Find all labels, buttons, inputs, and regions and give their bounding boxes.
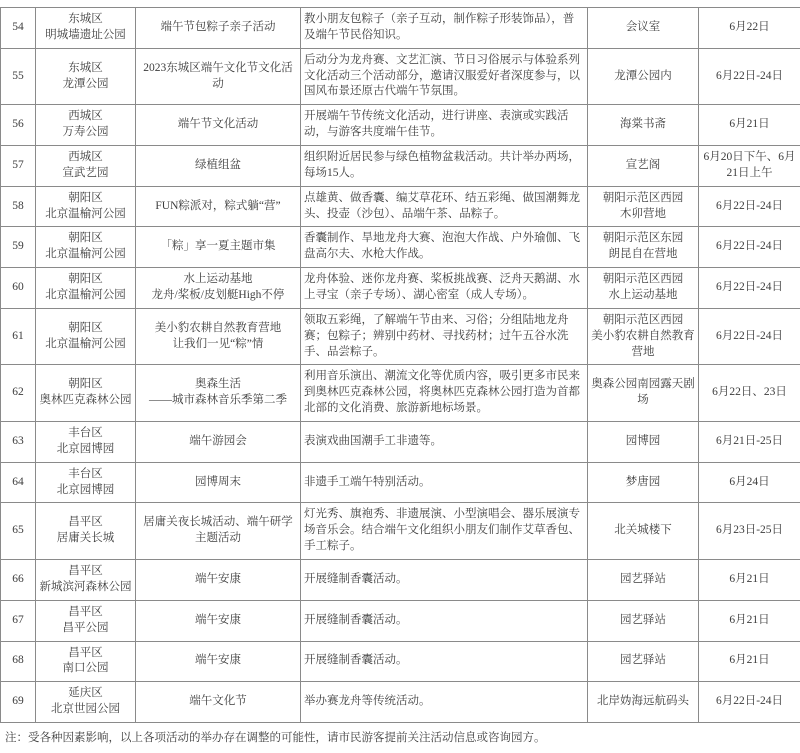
date-cell: 6月21日-25日 bbox=[699, 422, 800, 463]
district-label: 朝阳区 bbox=[39, 231, 132, 247]
table-row: 64丰台区北京园博园园博周末非遗手工端午特别活动。梦唐园6月24日 bbox=[1, 462, 800, 503]
description-cell: 后动分为龙舟赛、文艺汇演、节日习俗展示与体验系列文化活动三个活动部分，邀请汉服爱… bbox=[301, 48, 588, 105]
district-park-cell: 朝阳区北京温榆河公园 bbox=[36, 227, 136, 268]
description-cell: 灯光秀、旗袍秀、非遗展演、小型演唱会、器乐展演专场音乐会。结合端午文化组织小朋友… bbox=[301, 503, 588, 560]
date-cell: 6月22日-24日 bbox=[699, 48, 800, 105]
table-row: 59朝阳区北京温榆河公园「粽」享一夏主题市集香囊制作、旱地龙舟大赛、泡泡大作战、… bbox=[1, 227, 800, 268]
description-cell: 开展缝制香囊活动。 bbox=[301, 600, 588, 641]
park-label: 龙潭公园 bbox=[39, 77, 132, 93]
description-cell: 领取五彩绳，了解端午节由来、习俗；分组陆地龙舟赛；包粽子；辨别中药材、寻找药材；… bbox=[301, 308, 588, 365]
park-label: 北京世园公园 bbox=[39, 702, 132, 718]
activity-name-cell: 美小豹农耕自然教育营地 让我们一见“粽”情 bbox=[136, 308, 301, 365]
row-number-cell: 61 bbox=[1, 308, 36, 365]
description-cell: 非遗手工端午特别活动。 bbox=[301, 462, 588, 503]
district-label: 东城区 bbox=[39, 12, 132, 28]
row-number-cell: 62 bbox=[1, 365, 36, 422]
activity-name-cell: 园博周末 bbox=[136, 462, 301, 503]
park-label: 宣武艺园 bbox=[39, 166, 132, 182]
district-label: 西城区 bbox=[39, 109, 132, 125]
table-row: 66昌平区新城滨河森林公园端午安康开展缝制香囊活动。园艺驿站6月21日 bbox=[1, 560, 800, 601]
district-label: 朝阳区 bbox=[39, 191, 132, 207]
park-label: 北京园博园 bbox=[39, 483, 132, 499]
district-label: 东城区 bbox=[39, 61, 132, 77]
table-row: 58朝阳区北京温榆河公园FUN粽派对，粽式躺“营”点雄黄、做香囊、编艾草花环、结… bbox=[1, 186, 800, 227]
venue-cell: 园博园 bbox=[588, 422, 699, 463]
description-cell: 表演戏曲国潮手工非遗等。 bbox=[301, 422, 588, 463]
table-row: 62朝阳区奥林匹克森林公园奥森生活 ——城市森林音乐季第二季利用音乐演出、潮流文… bbox=[1, 365, 800, 422]
date-cell: 6月23日-25日 bbox=[699, 503, 800, 560]
activity-name-cell: 端午游园会 bbox=[136, 422, 301, 463]
park-label: 明城墙遗址公园 bbox=[39, 28, 132, 44]
date-cell: 6月22日 bbox=[699, 8, 800, 49]
district-label: 昌平区 bbox=[39, 605, 132, 621]
activities-table: 54东城区明城墙遗址公园端午节包粽子亲子活动教小朋友包粽子（亲子互动，制作粽子形… bbox=[0, 7, 800, 723]
row-number-cell: 69 bbox=[1, 682, 36, 723]
footnote: 注：受各种因素影响，以上各项活动的举办存在调整的可能性，请市民游客提前关注活动信… bbox=[0, 723, 800, 753]
description-cell: 利用音乐演出、潮流文化等优质内容，吸引更多市民来到奥林匹克森林公园，将奥林匹克森… bbox=[301, 365, 588, 422]
park-label: 北京温榆河公园 bbox=[39, 337, 132, 353]
district-park-cell: 西城区宣武艺园 bbox=[36, 146, 136, 187]
park-label: 北京温榆河公园 bbox=[39, 288, 132, 304]
row-number-cell: 66 bbox=[1, 560, 36, 601]
table-row: 57西城区宣武艺园绿植组盆组织附近居民参与绿色植物盆栽活动。共计举办两场，每场1… bbox=[1, 146, 800, 187]
district-park-cell: 东城区明城墙遗址公园 bbox=[36, 8, 136, 49]
district-park-cell: 朝阳区北京温榆河公园 bbox=[36, 186, 136, 227]
activity-name-cell: 端午节文化活动 bbox=[136, 105, 301, 146]
venue-cell: 会议室 bbox=[588, 8, 699, 49]
district-label: 昌平区 bbox=[39, 515, 132, 531]
district-park-cell: 丰台区北京园博园 bbox=[36, 422, 136, 463]
district-label: 西城区 bbox=[39, 150, 132, 166]
row-number-cell: 58 bbox=[1, 186, 36, 227]
row-number-cell: 55 bbox=[1, 48, 36, 105]
table-row: 56西城区万寿公园端午节文化活动开展端午节传统文化活动，进行讲座、表演或实践活动… bbox=[1, 105, 800, 146]
activity-name-cell: 端午安康 bbox=[136, 641, 301, 682]
district-park-cell: 朝阳区北京温榆河公园 bbox=[36, 268, 136, 309]
district-park-cell: 西城区万寿公园 bbox=[36, 105, 136, 146]
venue-cell: 朝阳示范区西园 美小豹农耕自然教育 营地 bbox=[588, 308, 699, 365]
activity-name-cell: FUN粽派对，粽式躺“营” bbox=[136, 186, 301, 227]
district-park-cell: 延庆区北京世园公园 bbox=[36, 682, 136, 723]
park-label: 南口公园 bbox=[39, 661, 132, 677]
activity-name-cell: 「粽」享一夏主题市集 bbox=[136, 227, 301, 268]
table-row: 61朝阳区北京温榆河公园美小豹农耕自然教育营地 让我们一见“粽”情领取五彩绳，了… bbox=[1, 308, 800, 365]
venue-cell: 北岸妫海远航码头 bbox=[588, 682, 699, 723]
activity-name-cell: 端午文化节 bbox=[136, 682, 301, 723]
date-cell: 6月20日下午、6月 21日上午 bbox=[699, 146, 800, 187]
venue-cell: 海棠书斋 bbox=[588, 105, 699, 146]
row-number-cell: 60 bbox=[1, 268, 36, 309]
date-cell: 6月22日-24日 bbox=[699, 227, 800, 268]
row-number-cell: 59 bbox=[1, 227, 36, 268]
district-park-cell: 朝阳区北京温榆河公园 bbox=[36, 308, 136, 365]
date-cell: 6月22日、23日 bbox=[699, 365, 800, 422]
date-cell: 6月21日 bbox=[699, 560, 800, 601]
table-row: 55东城区龙潭公园2023东城区端午文化节文化活动后动分为龙舟赛、文艺汇演、节日… bbox=[1, 48, 800, 105]
description-cell: 开展缝制香囊活动。 bbox=[301, 641, 588, 682]
row-number-cell: 64 bbox=[1, 462, 36, 503]
district-park-cell: 昌平区南口公园 bbox=[36, 641, 136, 682]
table-row: 60朝阳区北京温榆河公园水上运动基地 龙舟/桨板/皮划艇High不停龙舟体验、迷… bbox=[1, 268, 800, 309]
venue-cell: 园艺驿站 bbox=[588, 641, 699, 682]
date-cell: 6月22日-24日 bbox=[699, 268, 800, 309]
park-label: 居庸关长城 bbox=[39, 531, 132, 547]
table-body: 54东城区明城墙遗址公园端午节包粽子亲子活动教小朋友包粽子（亲子互动，制作粽子形… bbox=[1, 8, 800, 723]
venue-cell: 朝阳示范区西园 木卯营地 bbox=[588, 186, 699, 227]
activity-name-cell: 奥森生活 ——城市森林音乐季第二季 bbox=[136, 365, 301, 422]
table-row: 69延庆区北京世园公园端午文化节举办赛龙舟等传统活动。北岸妫海远航码头6月22日… bbox=[1, 682, 800, 723]
district-park-cell: 昌平区居庸关长城 bbox=[36, 503, 136, 560]
venue-cell: 梦唐园 bbox=[588, 462, 699, 503]
venue-cell: 朝阳示范区西园 水上运动基地 bbox=[588, 268, 699, 309]
district-label: 朝阳区 bbox=[39, 272, 132, 288]
activity-name-cell: 居庸关夜长城活动、端午研学主题活动 bbox=[136, 503, 301, 560]
district-park-cell: 昌平区昌平公园 bbox=[36, 600, 136, 641]
description-cell: 教小朋友包粽子（亲子互动，制作粽子形装饰品），普及端午节民俗知识。 bbox=[301, 8, 588, 49]
date-cell: 6月22日-24日 bbox=[699, 186, 800, 227]
park-label: 昌平公园 bbox=[39, 621, 132, 637]
table-row: 65昌平区居庸关长城居庸关夜长城活动、端午研学主题活动灯光秀、旗袍秀、非遗展演、… bbox=[1, 503, 800, 560]
activity-name-cell: 端午安康 bbox=[136, 600, 301, 641]
activity-name-cell: 端午节包粽子亲子活动 bbox=[136, 8, 301, 49]
row-number-cell: 65 bbox=[1, 503, 36, 560]
park-label: 奥林匹克森林公园 bbox=[39, 393, 132, 409]
district-label: 朝阳区 bbox=[39, 377, 132, 393]
park-label: 新城滨河森林公园 bbox=[39, 580, 132, 596]
district-label: 延庆区 bbox=[39, 686, 132, 702]
row-number-cell: 63 bbox=[1, 422, 36, 463]
venue-cell: 龙潭公园内 bbox=[588, 48, 699, 105]
district-label: 昌平区 bbox=[39, 646, 132, 662]
district-park-cell: 东城区龙潭公园 bbox=[36, 48, 136, 105]
description-cell: 香囊制作、旱地龙舟大赛、泡泡大作战、户外瑜伽、飞盘高尔夫、水枪大作战。 bbox=[301, 227, 588, 268]
venue-cell: 宣艺阁 bbox=[588, 146, 699, 187]
page: 54东城区明城墙遗址公园端午节包粽子亲子活动教小朋友包粽子（亲子互动，制作粽子形… bbox=[0, 0, 800, 753]
row-number-cell: 68 bbox=[1, 641, 36, 682]
park-label: 北京温榆河公园 bbox=[39, 247, 132, 263]
description-cell: 组织附近居民参与绿色植物盆栽活动。共计举办两场，每场15人。 bbox=[301, 146, 588, 187]
activity-name-cell: 端午安康 bbox=[136, 560, 301, 601]
venue-cell: 朝阳示范区东园 朗昆自在营地 bbox=[588, 227, 699, 268]
row-number-cell: 56 bbox=[1, 105, 36, 146]
activity-name-cell: 2023东城区端午文化节文化活动 bbox=[136, 48, 301, 105]
table-row: 54东城区明城墙遗址公园端午节包粽子亲子活动教小朋友包粽子（亲子互动，制作粽子形… bbox=[1, 8, 800, 49]
district-label: 丰台区 bbox=[39, 426, 132, 442]
row-number-cell: 67 bbox=[1, 600, 36, 641]
date-cell: 6月22日-24日 bbox=[699, 682, 800, 723]
district-park-cell: 昌平区新城滨河森林公园 bbox=[36, 560, 136, 601]
description-cell: 开展端午节传统文化活动，进行讲座、表演或实践活动，与游客共度端午佳节。 bbox=[301, 105, 588, 146]
date-cell: 6月21日 bbox=[699, 600, 800, 641]
description-cell: 龙舟体验、迷你龙舟赛、桨板挑战赛、泛舟天鹅湖、水上寻宝（亲子专场）、湖心密室（成… bbox=[301, 268, 588, 309]
district-park-cell: 朝阳区奥林匹克森林公园 bbox=[36, 365, 136, 422]
table-row: 63丰台区北京园博园端午游园会表演戏曲国潮手工非遗等。园博园6月21日-25日 bbox=[1, 422, 800, 463]
date-cell: 6月22日-24日 bbox=[699, 308, 800, 365]
row-number-cell: 57 bbox=[1, 146, 36, 187]
venue-cell: 园艺驿站 bbox=[588, 600, 699, 641]
venue-cell: 奥森公园南园露天剧 场 bbox=[588, 365, 699, 422]
district-label: 丰台区 bbox=[39, 467, 132, 483]
district-label: 朝阳区 bbox=[39, 321, 132, 337]
venue-cell: 园艺驿站 bbox=[588, 560, 699, 601]
venue-cell: 北关城楼下 bbox=[588, 503, 699, 560]
district-label: 昌平区 bbox=[39, 564, 132, 580]
description-cell: 举办赛龙舟等传统活动。 bbox=[301, 682, 588, 723]
activity-name-cell: 水上运动基地 龙舟/桨板/皮划艇High不停 bbox=[136, 268, 301, 309]
park-label: 北京温榆河公园 bbox=[39, 207, 132, 223]
date-cell: 6月24日 bbox=[699, 462, 800, 503]
description-cell: 点雄黄、做香囊、编艾草花环、结五彩绳、做国潮舞龙头、投壶（沙包）、品端午茶、品粽… bbox=[301, 186, 588, 227]
date-cell: 6月21日 bbox=[699, 105, 800, 146]
date-cell: 6月21日 bbox=[699, 641, 800, 682]
activity-name-cell: 绿植组盆 bbox=[136, 146, 301, 187]
table-row: 68昌平区南口公园端午安康开展缝制香囊活动。园艺驿站6月21日 bbox=[1, 641, 800, 682]
description-cell: 开展缝制香囊活动。 bbox=[301, 560, 588, 601]
table-row: 67昌平区昌平公园端午安康开展缝制香囊活动。园艺驿站6月21日 bbox=[1, 600, 800, 641]
park-label: 万寿公园 bbox=[39, 125, 132, 141]
row-number-cell: 54 bbox=[1, 8, 36, 49]
district-park-cell: 丰台区北京园博园 bbox=[36, 462, 136, 503]
park-label: 北京园博园 bbox=[39, 442, 132, 458]
